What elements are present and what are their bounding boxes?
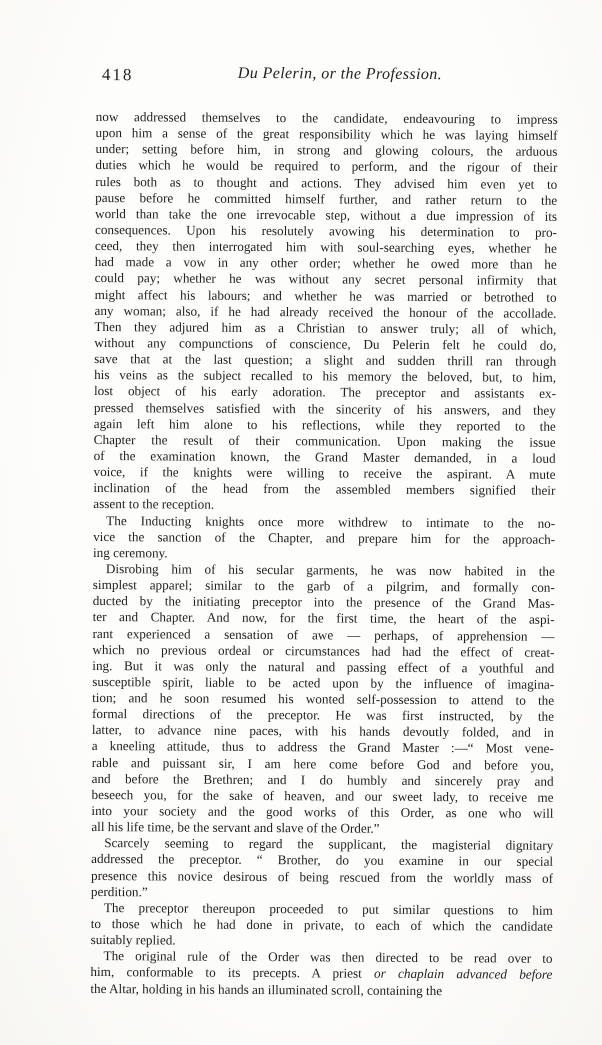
page-header: 418 Du Pelerin, or the Profession. — [96, 64, 558, 91]
paragraph: The Inducting knights once more withdrew… — [93, 513, 555, 564]
page-number: 418 — [102, 65, 134, 85]
paragraph: The preceptor thereupon proceeded to put… — [91, 900, 553, 951]
text-line: the Altar, holding in his hands an illum… — [90, 981, 552, 1000]
page-title: Du Pelerin, or the Profession. — [96, 64, 558, 85]
paragraph: The original rule of the Order was then … — [90, 948, 552, 999]
book-page: 418 Du Pelerin, or the Profession. now a… — [0, 0, 602, 1045]
page-body: now addressed themselves to the candidat… — [90, 109, 557, 1000]
paragraph: Scarcely seeming to regard the supplican… — [91, 835, 553, 902]
text-line: presence this novice desirous of being r… — [91, 868, 553, 887]
paragraph: now addressed themselves to the candidat… — [93, 109, 557, 515]
paragraph: Disrobing him of his secular garments, h… — [91, 561, 555, 838]
page-content: 418 Du Pelerin, or the Profession. now a… — [90, 64, 558, 1000]
